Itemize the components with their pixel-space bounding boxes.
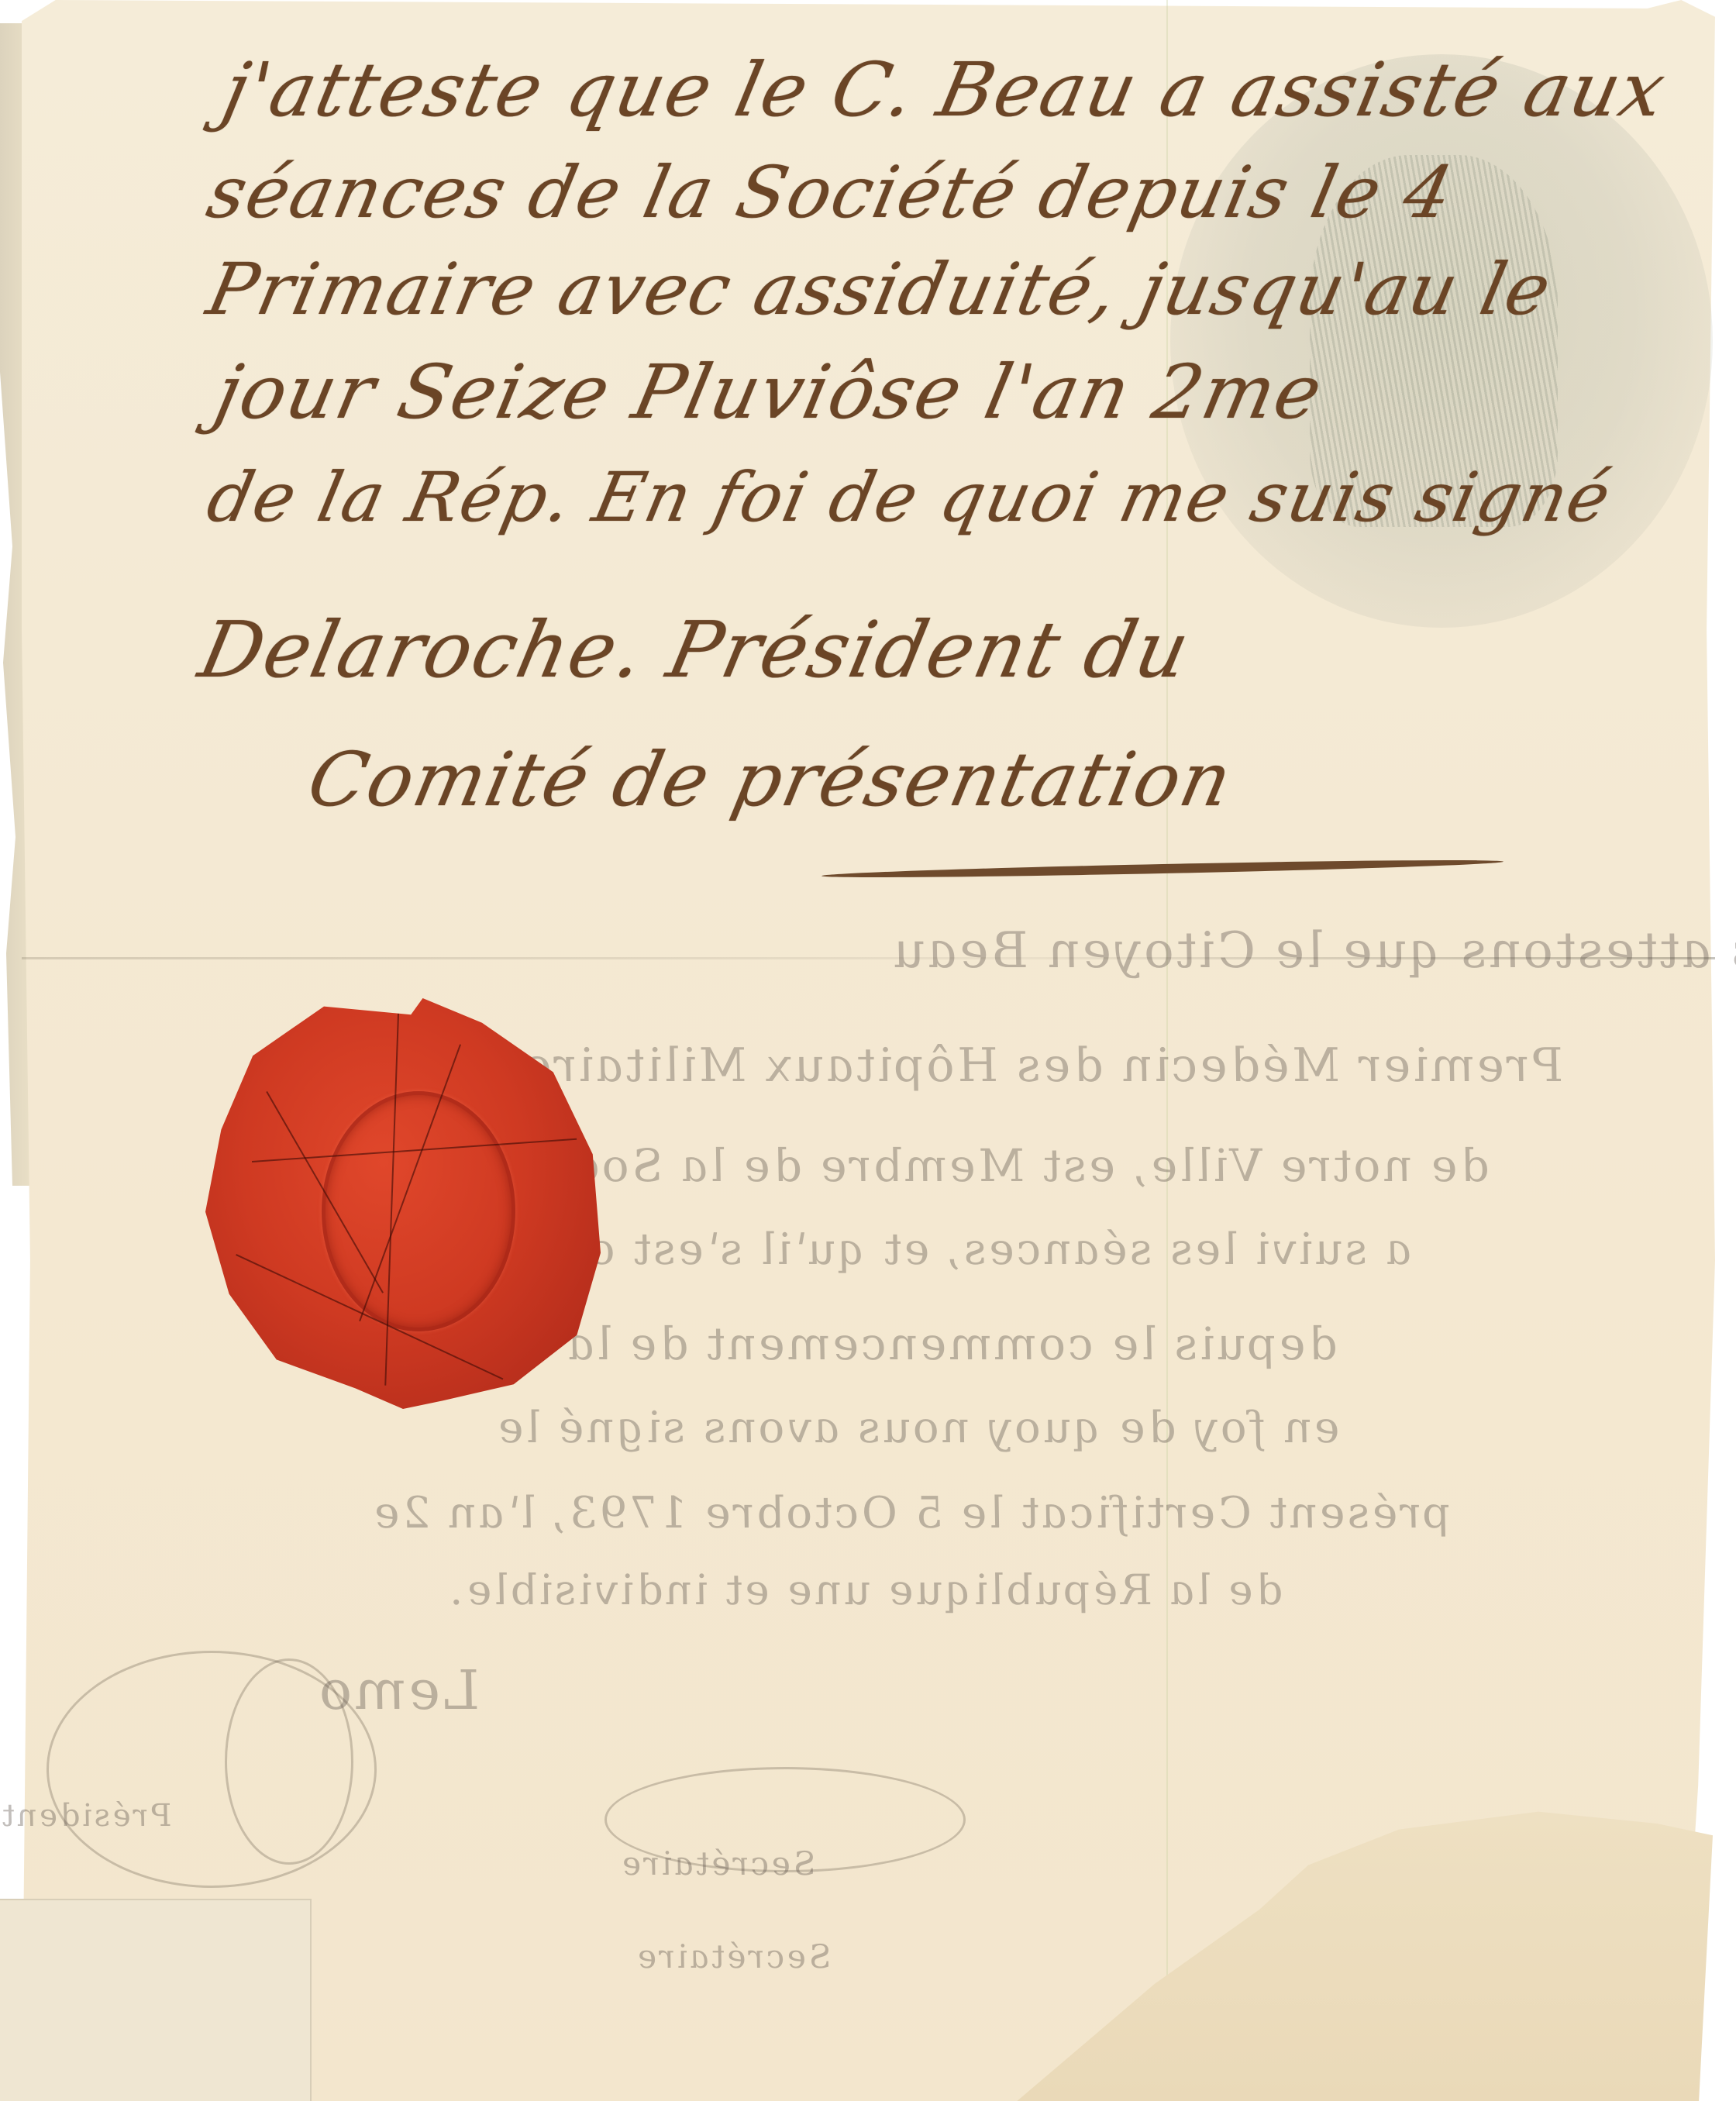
bleed-line: présent Certificat le 5 Octobre 1793, l'… xyxy=(367,1488,1455,1538)
seal-impression-icon xyxy=(322,1091,515,1331)
bleed-line: Nous attestons que le Citoyen Beau xyxy=(886,922,1736,980)
bleed-line: en foy de quoy nous avons signé le xyxy=(491,1403,1344,1453)
bleed-line: de la République une et indivisible. xyxy=(445,1565,1286,1614)
handwritten-line: séances de la Société depuis le 4 xyxy=(201,151,1462,234)
bleed-signature: Président xyxy=(0,1798,174,1834)
paper-corner-patch xyxy=(0,1899,312,2101)
handwritten-line: jour Seize Pluviôse l'an 2me xyxy=(208,349,1331,436)
bleed-signature: Secrétaire xyxy=(617,1844,819,1882)
bleed-signature: Lemo xyxy=(312,1658,485,1722)
handwritten-line: Primaire avec assiduité, jusqu'au le xyxy=(201,248,1559,331)
bleed-signature: Secrétaire xyxy=(632,1937,835,1975)
handwritten-line: Comité de présentation xyxy=(301,736,1240,823)
handwritten-line: de la Rép. En foi de quoi me suis signé xyxy=(201,457,1619,537)
handwritten-line: Delaroche. Président du xyxy=(192,604,1199,695)
engraved-vignette xyxy=(1170,54,1713,628)
handwritten-line: j'atteste que le C. Beau a assisté aux xyxy=(215,46,1674,133)
bleed-line: Premier Médecin des Hôpitaux Militaires xyxy=(491,1038,1568,1093)
